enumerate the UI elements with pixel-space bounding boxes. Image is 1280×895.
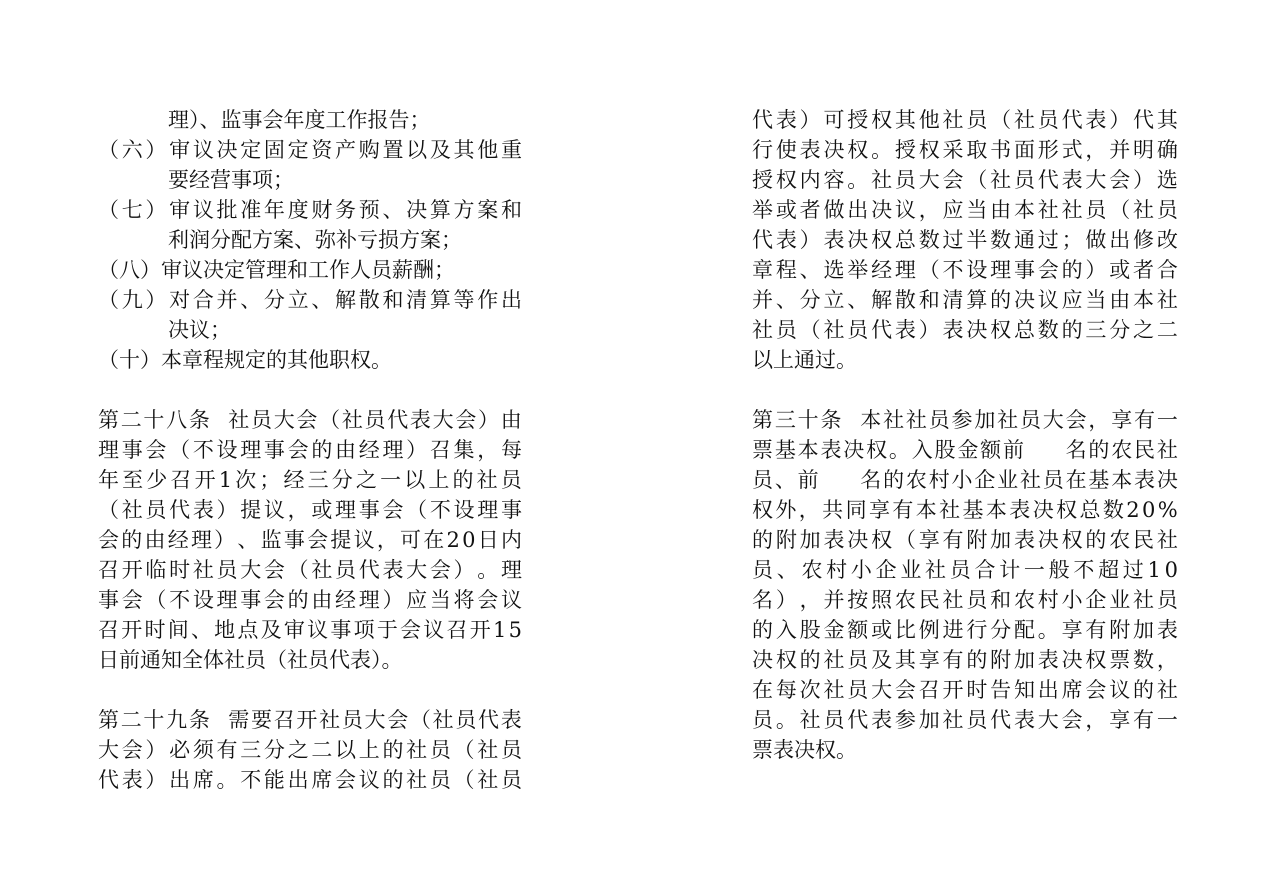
text-line: 第三十条 本社社员参加社员大会，享有一 (752, 405, 1178, 435)
text-line: （社员代表）提议，或理事会（不设理事 (98, 495, 522, 525)
text-line: 第二十八条 社员大会（社员代表大会）由 (98, 405, 522, 435)
text-line: （六）审议决定固定资产购置以及其他重 (98, 135, 522, 165)
text-line: 代表）出席。不能出席会议的社员（社员 (98, 765, 522, 795)
right-column: 代表）可授权其他社员（社员代表）代其行使表决权。授权采取书面形式，并明确授权内容… (752, 105, 1178, 765)
text-line: 在每次社员大会召开时告知出席会议的社 (752, 675, 1178, 705)
text-line: 章程、选举经理（不设理事会的）或者合 (752, 255, 1178, 285)
text-line: 代表）可授权其他社员（社员代表）代其 (752, 105, 1178, 135)
text-line: 理）、监事会年度工作报告； (98, 105, 522, 135)
paragraph-gap (98, 675, 522, 705)
text-line: 理事会（不设理事会的由经理）召集，每 (98, 435, 522, 465)
text-line: 利润分配方案、弥补亏损方案； (98, 225, 522, 255)
paragraph-gap (98, 375, 522, 405)
text-line: 权外，共同享有本社基本表决权总数20% (752, 495, 1178, 525)
left-column: 理）、监事会年度工作报告；（六）审议决定固定资产购置以及其他重要经营事项；（七）… (98, 105, 522, 795)
text-line: 大会）必须有三分之二以上的社员（社员 (98, 735, 522, 765)
text-line: 员。社员代表参加社员代表大会，享有一 (752, 705, 1178, 735)
text-line: 的附加表决权（享有附加表决权的农民社 (752, 525, 1178, 555)
text-line: 以上通过。 (752, 345, 1178, 375)
text-line: 举或者做出决议，应当由本社社员（社员 (752, 195, 1178, 225)
text-line: 会的由经理）、监事会提议，可在20日内 (98, 525, 522, 555)
text-line: （七）审议批准年度财务预、决算方案和 (98, 195, 522, 225)
text-line: 员、农村小企业社员合计一般不超过10 (752, 555, 1178, 585)
text-line: 社员（社员代表）表决权总数的三分之二 (752, 315, 1178, 345)
text-line: 代表）表决权总数过半数通过；做出修改 (752, 225, 1178, 255)
text-line: 决议； (98, 315, 522, 345)
text-line: 票表决权。 (752, 735, 1178, 765)
text-line: 票基本表决权。入股金额前 名的农民社 (752, 435, 1178, 465)
text-line: 召开临时社员大会（社员代表大会）。理 (98, 555, 522, 585)
text-line: （九）对合并、分立、解散和清算等作出 (98, 285, 522, 315)
text-line: 并、分立、解散和清算的决议应当由本社 (752, 285, 1178, 315)
text-line: 事会（不设理事会的由经理）应当将会议 (98, 585, 522, 615)
text-line: 年至少召开1次；经三分之一以上的社员 (98, 465, 522, 495)
text-line: 第二十九条 需要召开社员大会（社员代表 (98, 705, 522, 735)
text-line: 要经营事项； (98, 165, 522, 195)
text-line: （八）审议决定管理和工作人员薪酬； (98, 255, 522, 285)
text-line: 召开时间、地点及审议事项于会议召开15 (98, 615, 522, 645)
text-line: 行使表决权。授权采取书面形式，并明确 (752, 135, 1178, 165)
text-line: 授权内容。社员大会（社员代表大会）选 (752, 165, 1178, 195)
document-page: 理）、监事会年度工作报告；（六）审议决定固定资产购置以及其他重要经营事项；（七）… (0, 0, 1280, 895)
paragraph-gap (752, 375, 1178, 405)
text-line: （十）本章程规定的其他职权。 (98, 345, 522, 375)
text-line: 员、前 名的农村小企业社员在基本表决 (752, 465, 1178, 495)
text-line: 日前通知全体社员（社员代表）。 (98, 645, 522, 675)
text-line: 名），并按照农民社员和农村小企业社员 (752, 585, 1178, 615)
text-line: 决权的社员及其享有的附加表决权票数， (752, 645, 1178, 675)
text-line: 的入股金额或比例进行分配。享有附加表 (752, 615, 1178, 645)
